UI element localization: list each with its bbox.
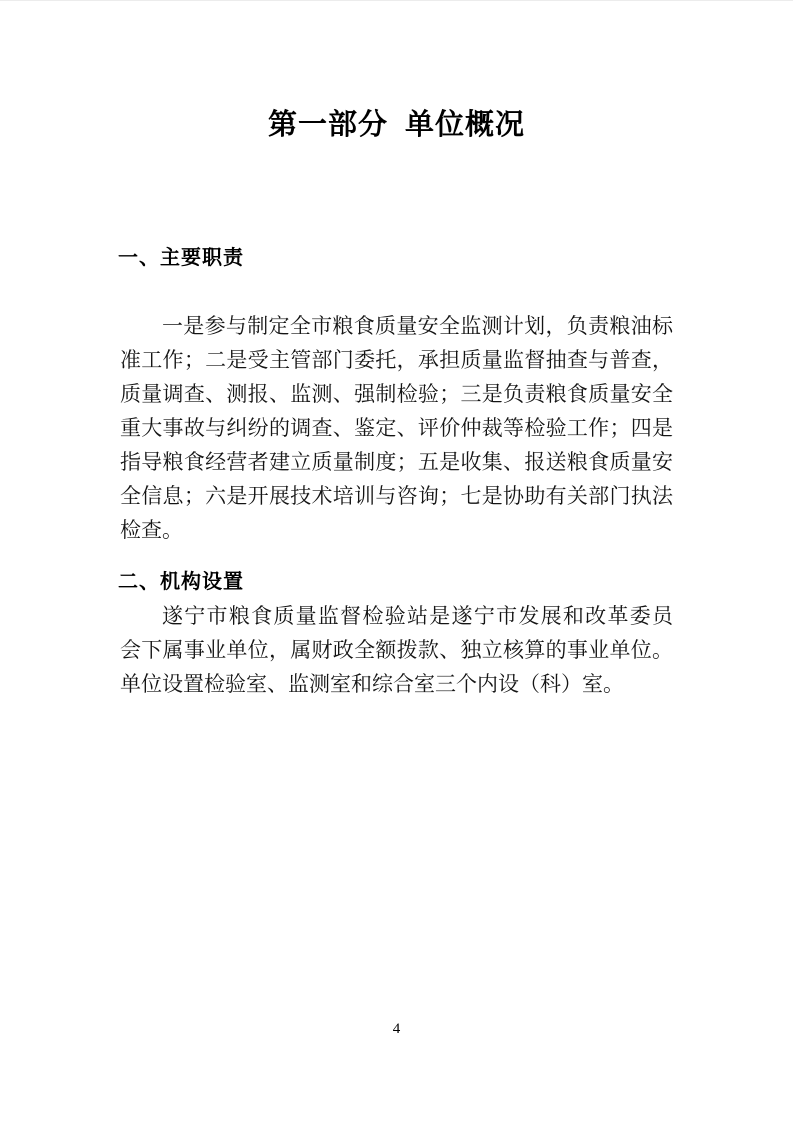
paragraph-line: 遂宁市粮食质量监督检验站是遂宁市发展和改革委员 [120, 599, 673, 633]
paragraph-line: 重大事故与纠纷的调查、鉴定、评价仲裁等检验工作；四是 [120, 411, 673, 445]
paragraph-line: 全信息；六是开展技术培训与咨询；七是协助有关部门执法 [120, 479, 673, 513]
paragraph-line: 检查。 [120, 513, 673, 547]
section-2-paragraph: 遂宁市粮食质量监督检验站是遂宁市发展和改革委员会下属事业单位，属财政全额拨款、独… [120, 599, 673, 701]
section-1-paragraph: 一是参与制定全市粮食质量安全监测计划，负责粮油标准工作；二是受主管部门委托，承担… [120, 309, 673, 547]
paragraph-line: 会下属事业单位，属财政全额拨款、独立核算的事业单位。 [120, 633, 673, 667]
paragraph-line: 质量调查、测报、监测、强制检验；三是负责粮食质量安全 [120, 377, 673, 411]
paragraph-line: 指导粮食经营者建立质量制度；五是收集、报送粮食质量安 [120, 445, 673, 479]
paragraph-line: 准工作；二是受主管部门委托，承担质量监督抽查与普查， [120, 343, 673, 377]
document-page: 第一部分 单位概况 一、主要职责 一是参与制定全市粮食质量安全监测计划，负责粮油… [0, 0, 793, 1122]
paragraph-line: 单位设置检验室、监测室和综合室三个内设（科）室。 [120, 667, 673, 701]
document-title: 第一部分 单位概况 [0, 107, 793, 143]
page-number: 4 [0, 1019, 793, 1039]
section-2-heading: 二、机构设置 [118, 570, 244, 594]
section-1-heading: 一、主要职责 [118, 246, 244, 270]
paragraph-line: 一是参与制定全市粮食质量安全监测计划，负责粮油标 [120, 309, 673, 343]
